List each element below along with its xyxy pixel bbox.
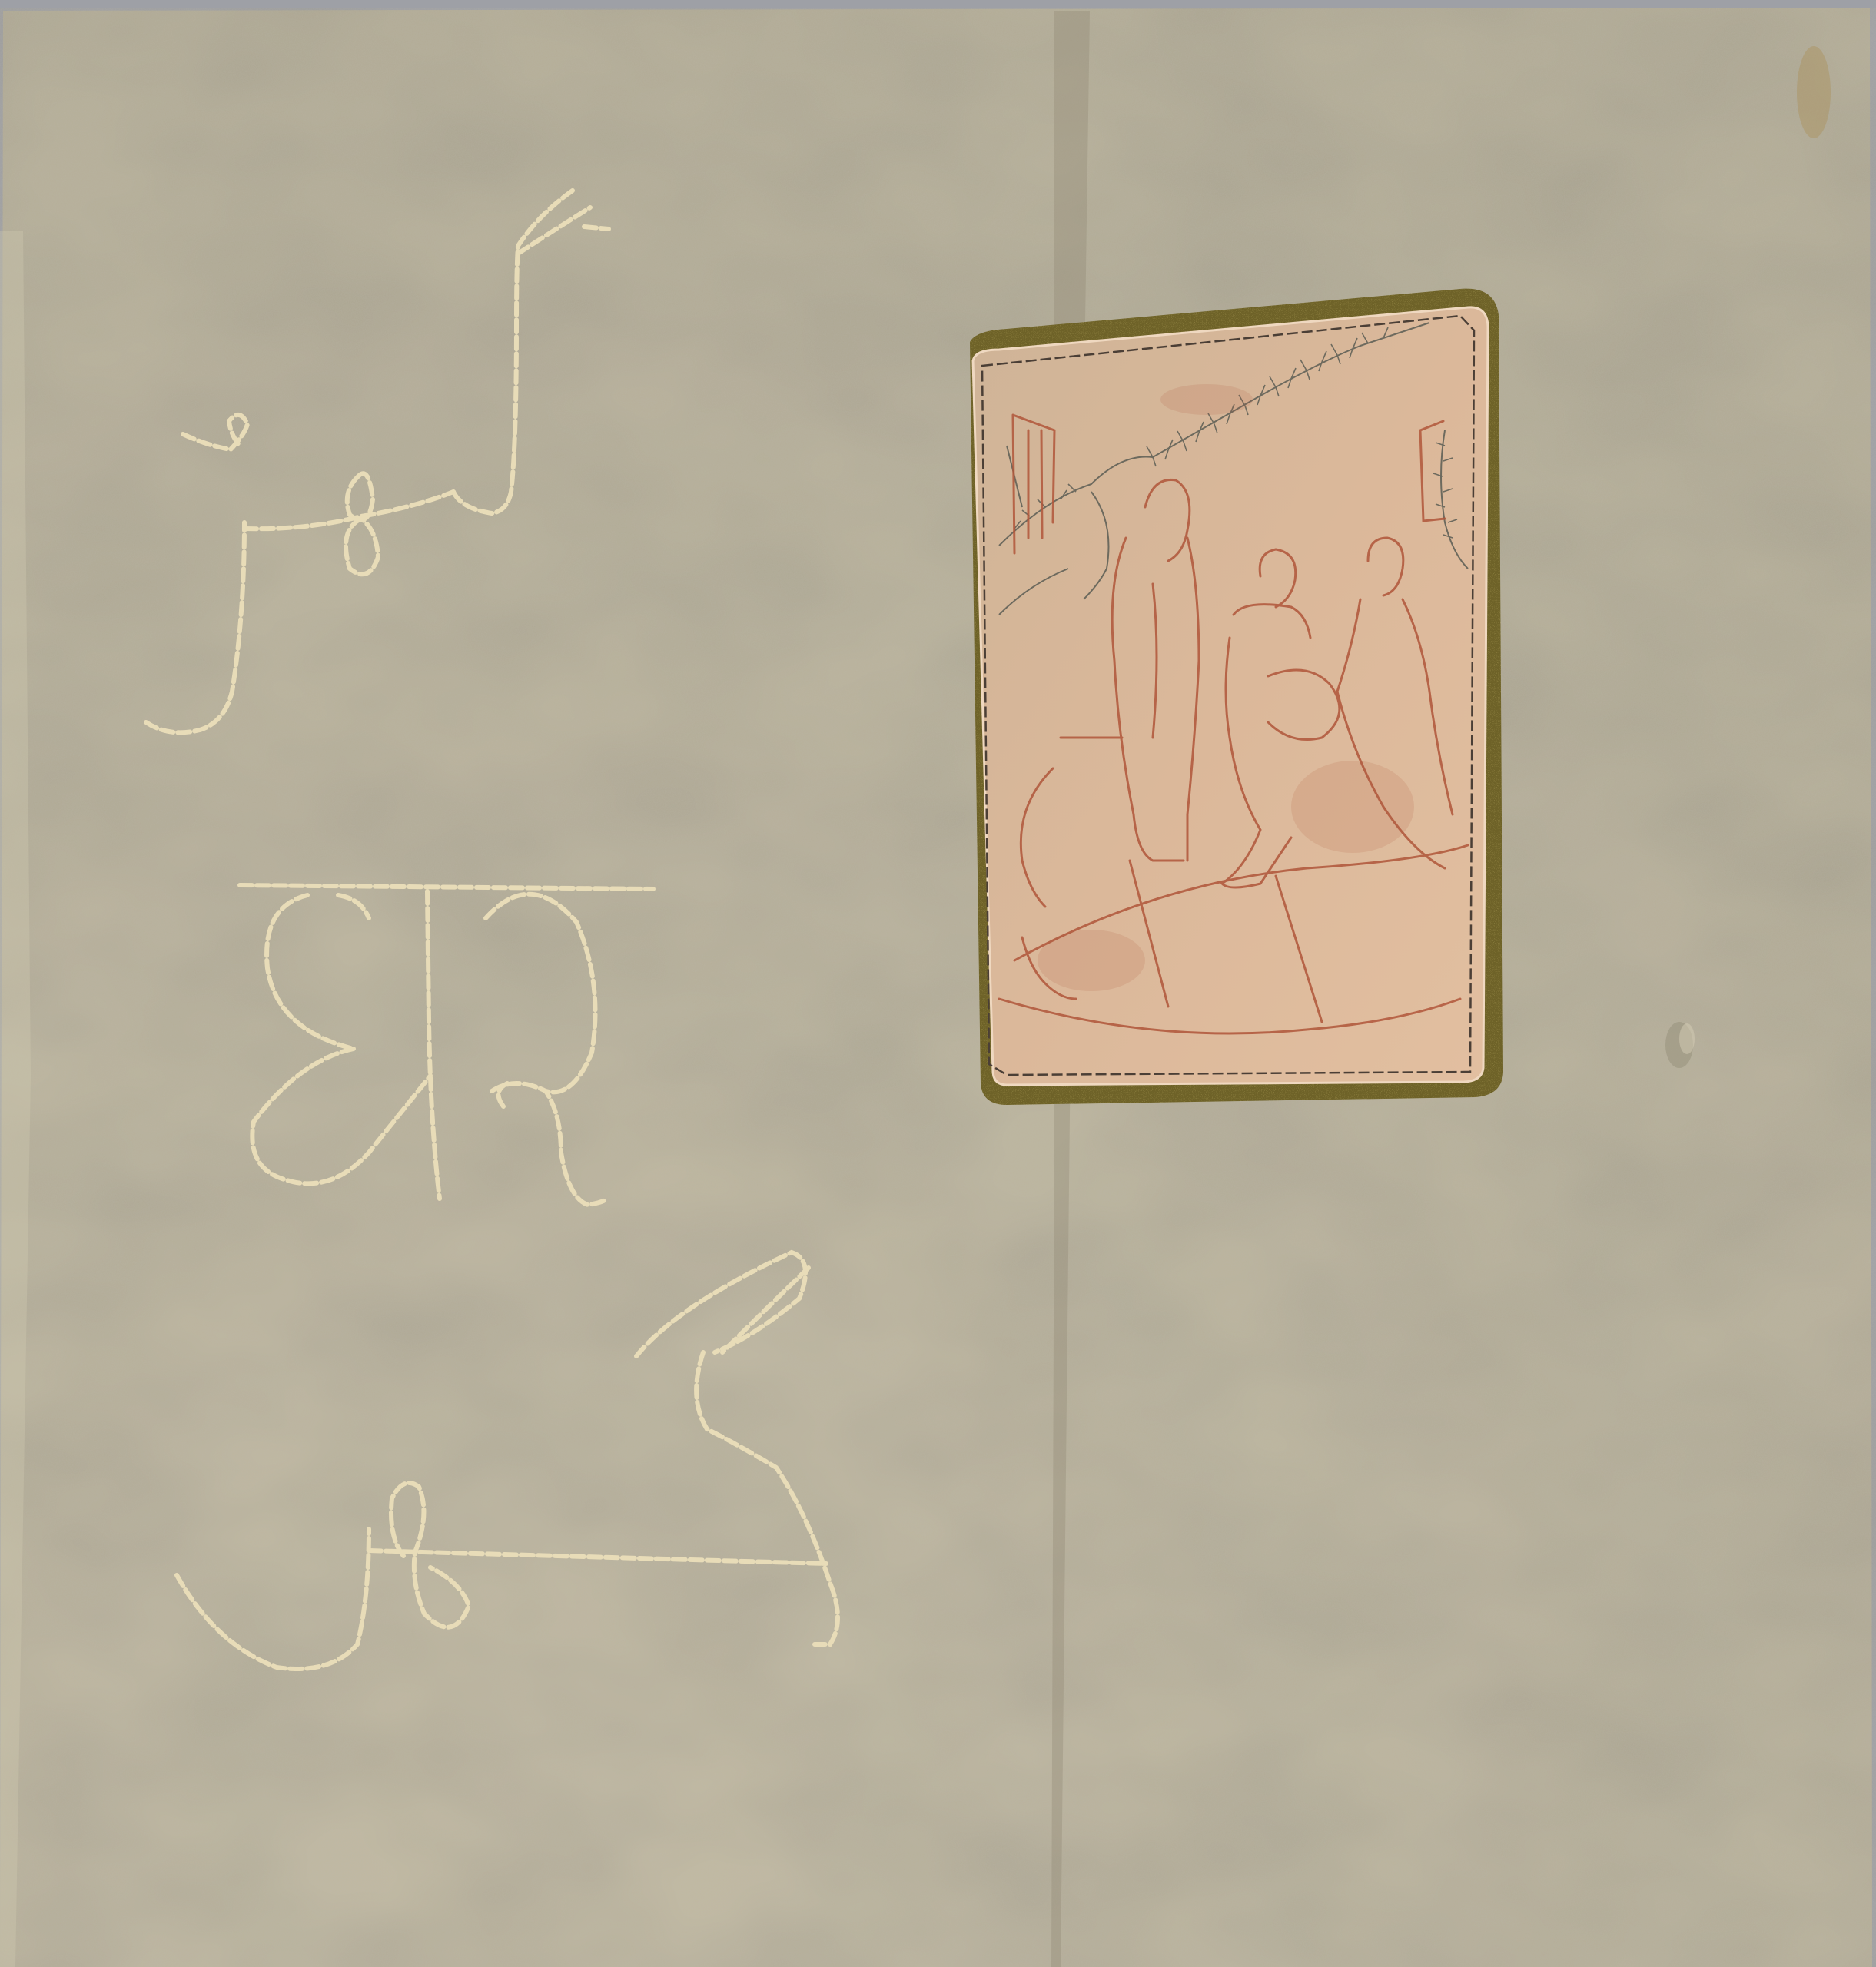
paper-sheet bbox=[0, 8, 1876, 1967]
artwork-photo bbox=[0, 0, 1876, 1967]
inset-artwork bbox=[970, 289, 1503, 1105]
